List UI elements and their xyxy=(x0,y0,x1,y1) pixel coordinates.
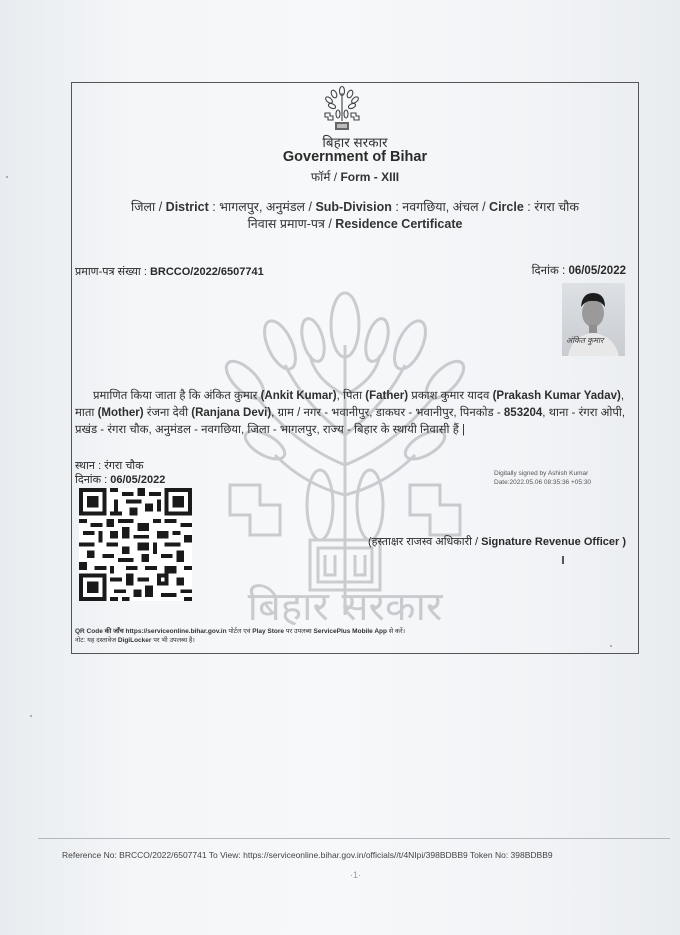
place: स्थान : रंगरा चौक xyxy=(75,458,144,473)
issue-date-value: 06/05/2022 xyxy=(568,265,626,277)
digital-signature-date: Date:2022.05.06 08:35:36 +05:30 xyxy=(494,479,591,488)
sign-date: दिनांक : 06/05/2022 xyxy=(75,472,165,487)
signature-revenue-officer: (हस्ताक्षर राजस्व अधिकारी / Signature Re… xyxy=(360,534,626,549)
mother-name: (Ranjana Devi) xyxy=(191,407,271,419)
certificate-type-hindi: निवास प्रमाण-पत्र xyxy=(248,217,325,231)
sign-date-value: 06/05/2022 xyxy=(110,474,165,486)
footer-divider xyxy=(38,838,670,839)
subdivision-value: नवगछिया xyxy=(402,200,445,214)
certificate-body: प्रमाणित किया जाता है कि अंकित कुमार (An… xyxy=(75,388,635,439)
father-name: (Prakash Kumar Yadav) xyxy=(493,390,621,402)
play-store-text: Play Store xyxy=(252,628,284,635)
issue-date-label: दिनांक xyxy=(532,265,559,277)
signature-mark xyxy=(562,556,564,564)
signature-label-hindi: (हस्ताक्षर राजस्व अधिकारी / xyxy=(368,536,481,548)
digilocker-note-text: नोट: यह दस्तावेज xyxy=(75,637,118,644)
digilocker-note-line: नोट: यह दस्तावेज DigiLocker पर भी उपलब्ध… xyxy=(75,636,405,645)
certificate-number-label: प्रमाण-पत्र संख्या xyxy=(75,266,141,278)
pincode: 853204 xyxy=(504,407,542,419)
digilocker-text: DigiLocker xyxy=(118,637,152,644)
qr-verification-note: QR Code की जाँच https://serviceonline.bi… xyxy=(75,627,405,645)
form-label-hindi: फॉर्म xyxy=(311,170,331,184)
document-page: बिहार सरकार बिहार सरकार Government of Bi… xyxy=(0,0,680,935)
body-text: , xyxy=(621,390,624,402)
subdivision-label: Sub-Division xyxy=(315,200,391,214)
certificate-type-english: Residence Certificate xyxy=(335,217,462,231)
qr-note-text: से करें। xyxy=(387,628,405,635)
scan-speck xyxy=(6,176,8,178)
digital-signature: Digitally signed by Ashish Kumar Date:20… xyxy=(494,470,591,487)
qr-note-text: पोर्टल एवं xyxy=(227,628,253,635)
place-value: रंगरा चौक xyxy=(104,460,143,472)
digital-signature-signer: Digitally signed by Ashish Kumar xyxy=(494,470,591,479)
subdivision-label-hindi: अनुमंडल xyxy=(266,200,305,214)
reference-line: Reference No: BRCCO/2022/6507741 To View… xyxy=(62,850,553,860)
father-label: (Father) xyxy=(365,390,408,402)
district-label: District xyxy=(166,200,209,214)
applicant-name: (Ankit Kumar) xyxy=(261,390,337,402)
body-line-1: प्रमाणित किया जाता है कि अंकित कुमार (An… xyxy=(75,388,635,405)
district-value: भागलपुर xyxy=(219,200,259,214)
father-name-hindi: प्रकाश कुमार यादव xyxy=(408,390,493,402)
certificate-number-value: BRCCO/2022/6507741 xyxy=(150,266,264,278)
qr-note-text: पर उपलब्ध xyxy=(284,628,313,635)
address-text: , थाना - रंगरा ओपी, xyxy=(542,407,625,419)
issue-date: दिनांक : 06/05/2022 xyxy=(500,263,626,278)
app-name: ServicePlus Mobile App xyxy=(314,628,387,635)
scan-speck xyxy=(610,645,612,647)
qr-verify-link[interactable]: https://serviceonline.bihar.gov.in xyxy=(126,628,227,635)
circle-label-hindi: अंचल xyxy=(453,200,479,214)
form-number: फॉर्म / Form - XIII xyxy=(71,168,639,185)
qr-note-line: QR Code की जाँच https://serviceonline.bi… xyxy=(75,627,405,636)
digilocker-note-text: पर भी उपलब्ध है। xyxy=(151,637,194,644)
body-text: प्रमाणित किया जाता है कि अंकित कुमार xyxy=(93,390,261,402)
sign-date-label: दिनांक xyxy=(75,474,101,486)
place-label: स्थान xyxy=(75,460,95,472)
page-mark: ·1· xyxy=(350,870,361,880)
qr-code[interactable] xyxy=(79,488,192,601)
mother-label: (Mother) xyxy=(98,407,144,419)
mother-label-hindi: माता xyxy=(75,407,98,419)
address-text: , ग्राम / नगर - भवानीपुर, डाकघर - भवानीप… xyxy=(271,407,504,419)
bihar-emblem-icon xyxy=(322,85,362,133)
location-line: जिला / District : भागलपुर, अनुमंडल / Sub… xyxy=(71,198,639,215)
certificate-type: निवास प्रमाण-पत्र / Residence Certificat… xyxy=(71,215,639,232)
qr-note-text: QR Code की जाँच xyxy=(75,628,126,635)
photo-signature: अंकित कुमार xyxy=(566,335,603,346)
certificate-number: प्रमाण-पत्र संख्या : BRCCO/2022/6507741 xyxy=(75,264,264,279)
applicant-photo: अंकित कुमार xyxy=(562,283,625,356)
mother-name-hindi: रंजना देवी xyxy=(144,407,192,419)
circle-value: रंगरा चौक xyxy=(534,200,579,214)
body-line-2: माता (Mother) रंजना देवी (Ranjana Devi),… xyxy=(75,405,635,422)
body-text: , पिता xyxy=(337,390,366,402)
body-line-3: प्रखंड - रंगरा चौक, अनुमंडल - नवगछिया, ज… xyxy=(75,422,635,439)
form-label-english: Form - XIII xyxy=(340,170,399,184)
district-label-hindi: जिला xyxy=(131,200,155,214)
title-english: Government of Bihar xyxy=(71,149,639,165)
signature-label-english: Signature Revenue Officer ) xyxy=(481,536,626,548)
circle-label: Circle xyxy=(489,200,524,214)
scan-speck xyxy=(30,715,32,717)
